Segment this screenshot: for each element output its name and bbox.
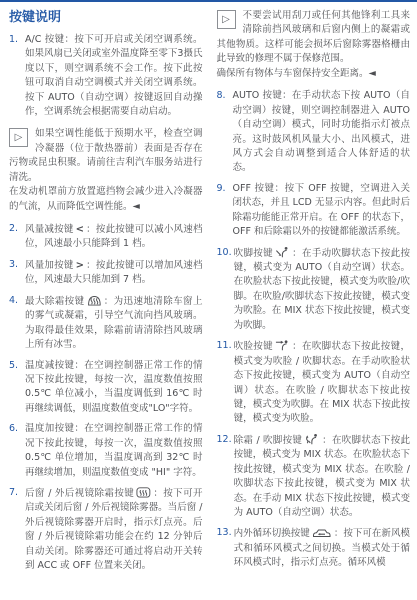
list-item-9: 9. OFF 按键：按下 OFF 按键，空调进入关闭状态，并且 LCD 无显示内… bbox=[217, 182, 411, 240]
list-item-8: 8. AUTO 按键：在手动状态下按 AUTO（自动空调）按键，则空调控制器进入… bbox=[217, 89, 411, 176]
item-text: 内外循环切换按键：按下可在新风模式和循环风模式之间切换。当模式处于循环风模式时，… bbox=[234, 526, 410, 570]
item-text: 温度加按键：在空调控制器正常工作的情况下按此按键，每按一次，温度数值按照 0.5… bbox=[25, 422, 203, 480]
face-vent-icon bbox=[275, 339, 290, 351]
list-item-4: 4. 最大除霜按键：为迅速地清除车窗上的雾气或凝霜，引导空气流向挡风玻璃。为取得… bbox=[9, 294, 203, 353]
right-column: ▷ 不要尝试用刮刀或任何其他锋利工具来清除前挡风玻璃和后窗内侧上的凝霜或其他物质… bbox=[217, 6, 411, 580]
item-number: 10. bbox=[217, 246, 234, 334]
item-text: AUTO 按键：在手动状态下按 AUTO（自动空调）按键，则空调控制器进入 AU… bbox=[233, 89, 411, 176]
item-text: 最大除霜按键：为迅速地清除车窗上的雾气或凝霜，引导空气流向挡风玻璃。为取得最佳效… bbox=[25, 294, 203, 353]
item-text: 吹脚按键：在手动吹脚状态下按此按键，模式变为 AUTO（自动空调）状态。在吹脸状… bbox=[234, 246, 410, 334]
item-text-pre: 吹脸按键 bbox=[234, 341, 273, 352]
item-number: 12. bbox=[217, 433, 234, 521]
item-number: 13. bbox=[217, 526, 234, 570]
foot-vent-icon bbox=[275, 246, 290, 258]
item-number: 3. bbox=[9, 258, 25, 288]
list-item-3: 3. 风量加按键>：按此按键可以增加风速档位，风速最大只能加到 7 档。 bbox=[9, 258, 203, 288]
item-text: 风量加按键>：按此按键可以增加风速档位，风速最大只能加到 7 档。 bbox=[25, 258, 203, 288]
item-text-pre: 除霜 / 吹脚按键 bbox=[234, 435, 303, 446]
list-item-1: 1. A/C 按键：按下可开启或关闭空调系统。如果风扇已关闭或室外温度降至零下3… bbox=[9, 33, 203, 120]
item-number: 7. bbox=[9, 486, 25, 574]
item-number: 5. bbox=[9, 359, 25, 417]
item-number: 1. bbox=[9, 33, 25, 120]
list-item-5: 5. 温度减按键：在空调控制器正常工作的情况下按此按键，每按一次，温度数值按照 … bbox=[9, 359, 203, 417]
item-text: 后窗 / 外后视镜除霜按键：按下可开启或关闭后窗 / 外后视镜除雾器。当后窗 /… bbox=[25, 486, 203, 574]
item-number: 4. bbox=[9, 294, 25, 353]
recirculation-icon bbox=[312, 526, 332, 538]
defrost-foot-vent-icon bbox=[304, 433, 320, 445]
item-text: OFF 按键：按下 OFF 按键，空调进入关闭状态，并且 LCD 无显示内容。但… bbox=[233, 182, 411, 240]
item-text: 温度减按键：在空调控制器正常工作的情况下按此按键，每按一次，温度数值按照 0.5… bbox=[25, 359, 203, 417]
note-triangle-icon: ▷ bbox=[217, 10, 236, 29]
note-triangle-icon: ▷ bbox=[9, 128, 28, 147]
note-block: ▷ 如果空调性能低于预期水平，检查空调冷凝器（位于散热器前）表面是否存在污物或昆… bbox=[9, 127, 203, 214]
item-text-pre: 风量减按键 bbox=[25, 224, 74, 235]
list-item-10: 10. 吹脚按键：在手动吹脚状态下按此按键，模式变为 AUTO（自动空调）状态。… bbox=[217, 246, 411, 334]
list-item-7: 7. 后窗 / 外后视镜除霜按键：按下可开启或关闭后窗 / 外后视镜除雾器。当后… bbox=[9, 486, 203, 574]
item-text-pre: 最大除霜按键 bbox=[25, 296, 85, 307]
list-item-2: 2. 风量减按键<：按此按键可以减小风速档位，风速最小只能降到 1 档。 bbox=[9, 222, 203, 252]
note-paragraph: 如果空调性能低于预期水平，检查空调冷凝器（位于散热器前）表面是否存在污物或昆虫积… bbox=[9, 127, 203, 185]
list-item-13: 13. 内外循环切换按键：按下可在新风模式和循环风模式之间切换。当模式处于循环风… bbox=[217, 526, 411, 570]
item-text: A/C 按键：按下可开启或关闭空调系统。如果风扇已关闭或室外温度降至零下3摄氏度… bbox=[25, 33, 203, 120]
list-item-12: 12. 除霜 / 吹脚按键：在吹脚状态下按此按键，模式变为 MIX 状态。在吹脸… bbox=[217, 433, 411, 521]
item-text-post: ：在吹脚状态下按此按键，模式变为吹脸 / 吹脚状态。在手动吹脸状态下按此按键，模… bbox=[234, 341, 410, 424]
note-paragraph: 在发动机罩前方放置遮挡物会减少进入冷凝器的气流，从而降低空调性能。◄ bbox=[9, 185, 203, 214]
left-column: 按键说明 1. A/C 按键：按下可开启或关闭空调系统。如果风扇已关闭或室外温度… bbox=[9, 6, 203, 580]
item-number: 6. bbox=[9, 422, 25, 480]
item-text-pre: 吹脚按键 bbox=[234, 248, 273, 259]
item-text-post: ：按下可开启或关闭后窗 / 外后视镜除雾器。当后窗 / 外后视镜除雾器开启时，指… bbox=[25, 488, 203, 571]
max-defrost-icon bbox=[87, 294, 102, 306]
item-number: 2. bbox=[9, 222, 25, 252]
item-text-pre: 内外循环切换按键 bbox=[234, 528, 310, 539]
item-number: 11. bbox=[217, 339, 234, 427]
list-item-11: 11. 吹脸按键：在吹脚状态下按此按键，模式变为吹脸 / 吹脚状态。在手动吹脸状… bbox=[217, 339, 411, 427]
note-paragraph: 确保所有物体与车窗保持安全距离。◄ bbox=[217, 67, 411, 81]
wind-increase-icon: > bbox=[74, 260, 86, 271]
item-text-post: ：在手动吹脚状态下按此按键，模式变为 AUTO（自动空调）状态。在吹脸状态下按此… bbox=[234, 248, 410, 331]
section-title: 按键说明 bbox=[9, 8, 203, 28]
item-number: 8. bbox=[217, 89, 233, 176]
item-text-pre: 后窗 / 外后视镜除霜按键 bbox=[25, 488, 134, 499]
item-text: 除霜 / 吹脚按键：在吹脚状态下按此按键，模式变为 MIX 状态。在吹脸状态下按… bbox=[234, 433, 410, 521]
item-text: 吹脸按键：在吹脚状态下按此按键，模式变为吹脸 / 吹脚状态。在手动吹脸状态下按此… bbox=[234, 339, 410, 427]
list-item-6: 6. 温度加按键：在空调控制器正常工作的情况下按此按键，每按一次，温度数值按照 … bbox=[9, 422, 203, 480]
item-text-pre: 风量加按键 bbox=[25, 260, 74, 271]
manual-page: 按键说明 1. A/C 按键：按下可开启或关闭空调系统。如果风扇已关闭或室外温度… bbox=[0, 2, 417, 580]
note-paragraph: 不要尝试用刮刀或任何其他锋利工具来清除前挡风玻璃和后窗内侧上的凝霜或其他物质。这… bbox=[217, 9, 411, 67]
item-text: 风量减按键<：按此按键可以减小风速档位，风速最小只能降到 1 档。 bbox=[25, 222, 203, 252]
item-number: 9. bbox=[217, 182, 233, 240]
note-block: ▷ 不要尝试用刮刀或任何其他锋利工具来清除前挡风玻璃和后窗内侧上的凝霜或其他物质… bbox=[217, 9, 411, 81]
wind-decrease-icon: < bbox=[74, 224, 86, 235]
rear-defrost-icon bbox=[136, 486, 151, 498]
item-text-post: ：在吹脚状态下按此按键，模式变为 MIX 状态。在吹脸状态下按此按键，模式变为 … bbox=[234, 435, 410, 518]
